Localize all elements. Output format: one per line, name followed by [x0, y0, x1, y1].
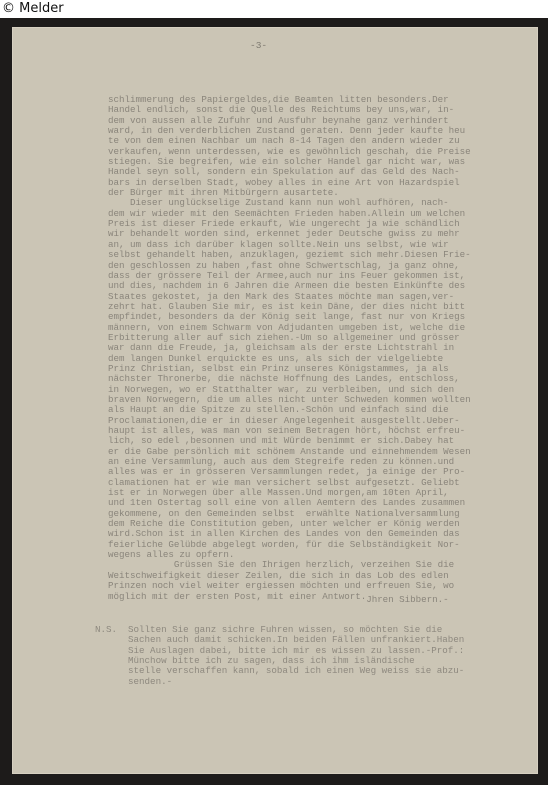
signature: Jhren Sibbern.- — [366, 594, 448, 605]
letter-body: schlimmerung des Papiergeldes,die Beamte… — [108, 95, 538, 602]
postscript: N.S. Sollten Sie ganz sichre Fuhren wiss… — [95, 625, 535, 656]
text-line: selbst gehandelt haben, anzuklagen, gezi… — [108, 250, 538, 260]
text-line: und dies, nachdem in 6 Jahren die Armeen… — [108, 281, 538, 291]
postscript-lines: Sollten Sie ganz sichre Fuhren wissen, s… — [128, 625, 464, 687]
text-line-content: möglich mit der ersten Post, mit einer A… — [108, 591, 366, 602]
postscript-label: N.S. — [95, 625, 117, 635]
postscript-line: senden.- — [128, 677, 464, 687]
postscript-line: stelle verschaffen kann, sobald ich eine… — [128, 666, 464, 676]
text-line: empfindet, besonders da der König seit l… — [108, 312, 538, 322]
page-number: -3- — [250, 40, 267, 51]
copyright-watermark: © Melder — [2, 0, 64, 17]
text-line: möglich mit der ersten Post, mit einer A… — [108, 592, 538, 602]
watermark-bar: © Melder — [0, 0, 548, 18]
